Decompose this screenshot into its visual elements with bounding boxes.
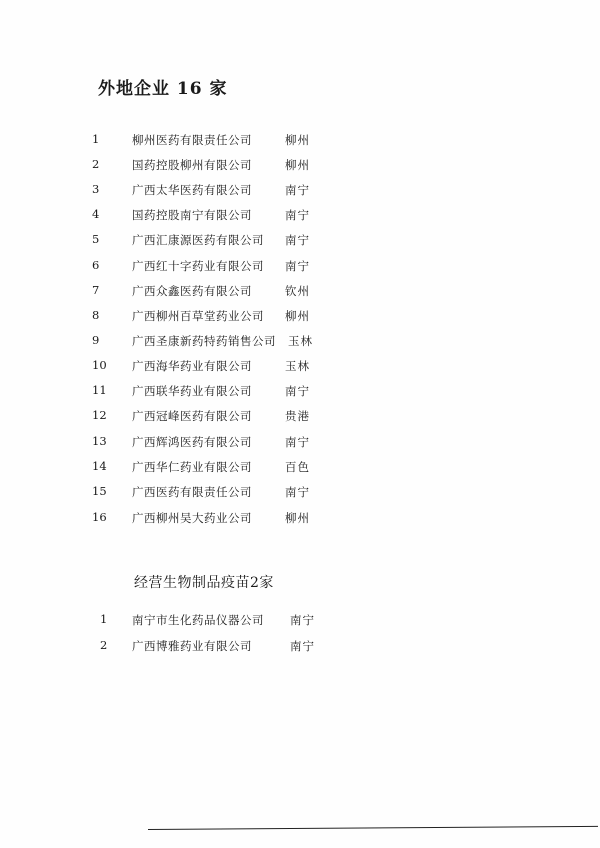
section-title-vaccine-distributors: 经营生物制品疫苗2家	[134, 572, 274, 592]
item-number: 1	[92, 132, 114, 146]
city: 南宁	[285, 232, 310, 248]
company-name: 广西医药有限责任公司	[132, 484, 252, 500]
city: 南宁	[285, 484, 310, 500]
city: 贵港	[285, 408, 310, 424]
city: 南宁	[290, 612, 315, 628]
item-number: 9	[92, 333, 114, 347]
city: 柳州	[285, 510, 310, 526]
item-number: 6	[92, 258, 114, 272]
city: 柳州	[285, 308, 310, 324]
footer-rule	[148, 826, 598, 830]
item-number: 7	[92, 283, 114, 297]
item-number: 14	[92, 459, 114, 473]
company-name: 广西众鑫医药有限公司	[132, 283, 252, 299]
city: 柳州	[285, 132, 310, 148]
company-name: 南宁市生化药品仪器公司	[132, 612, 264, 628]
item-number: 15	[92, 484, 114, 498]
company-name: 广西联华药业有限公司	[132, 383, 252, 399]
company-name: 广西太华医药有限公司	[132, 182, 252, 198]
city: 百色	[285, 459, 310, 475]
company-name: 柳州医药有限责任公司	[132, 132, 252, 148]
item-number: 4	[92, 207, 114, 221]
company-name: 广西圣康新药特药销售公司	[132, 333, 276, 349]
city: 钦州	[285, 283, 310, 299]
item-number: 12	[92, 408, 114, 422]
item-number: 2	[100, 638, 122, 652]
company-name: 国药控股柳州有限公司	[132, 157, 252, 173]
item-number: 5	[92, 232, 114, 246]
city: 玉林	[288, 333, 313, 349]
city: 玉林	[285, 358, 310, 374]
item-number: 11	[92, 383, 114, 397]
company-name: 国药控股南宁有限公司	[132, 207, 252, 223]
company-name: 广西柳州吴大药业公司	[132, 510, 252, 526]
item-number: 2	[92, 157, 114, 171]
city: 南宁	[285, 383, 310, 399]
company-name: 广西柳州百草堂药业公司	[132, 308, 264, 324]
company-name: 广西博雅药业有限公司	[132, 638, 252, 654]
item-number: 1	[100, 612, 122, 626]
item-number: 16	[92, 510, 114, 524]
company-name: 广西华仁药业有限公司	[132, 459, 252, 475]
city: 南宁	[285, 434, 310, 450]
company-name: 广西辉鸿医药有限公司	[132, 434, 252, 450]
city: 南宁	[285, 182, 310, 198]
city: 南宁	[285, 258, 310, 274]
item-number: 10	[92, 358, 114, 372]
city: 南宁	[290, 638, 315, 654]
company-name: 广西海华药业有限公司	[132, 358, 252, 374]
item-number: 3	[92, 182, 114, 196]
city: 南宁	[285, 207, 310, 223]
company-name: 广西汇康源医药有限公司	[132, 232, 264, 248]
city: 柳州	[285, 157, 310, 173]
company-name: 广西冠峰医药有限公司	[132, 408, 252, 424]
section-title-outside-enterprises: 外地企业 16 家	[98, 74, 228, 99]
item-number: 8	[92, 308, 114, 322]
item-number: 13	[92, 434, 114, 448]
company-name: 广西红十字药业有限公司	[132, 258, 264, 274]
